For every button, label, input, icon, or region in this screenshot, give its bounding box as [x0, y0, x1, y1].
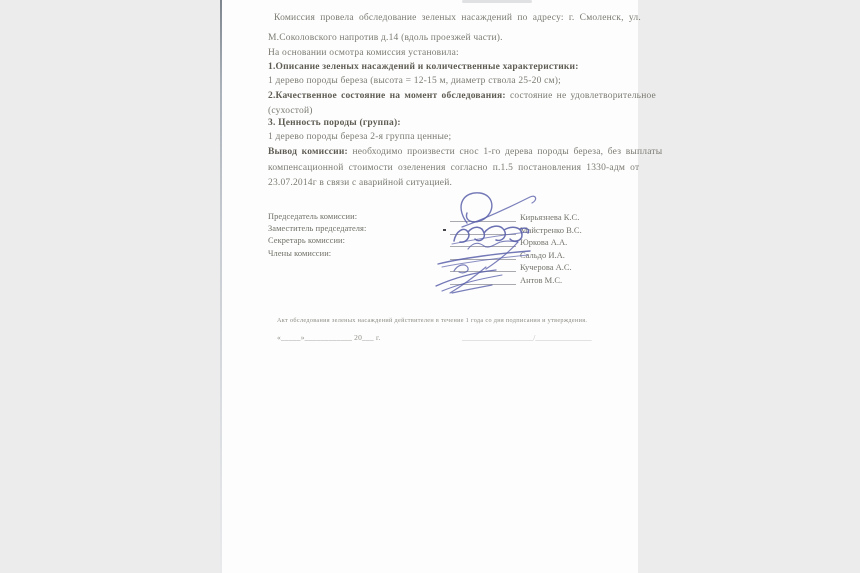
section1-item: 1 дерево породы береза (высота = 12-15 м… [268, 76, 561, 86]
document-paper: Комиссия провела обследование зеленых на… [222, 0, 638, 573]
date-blank-line: «_____»____________ 20___ г. [277, 333, 380, 342]
intro-line-3: На основании осмотра комиссия установила… [268, 48, 459, 58]
scan-smudge [462, 0, 532, 3]
section3-heading: 3. Ценность породы (группа): [268, 118, 401, 128]
section2-heading: 2.Качественное состояние на момент обсле… [268, 91, 506, 101]
section1-heading: 1.Описание зеленых насаждений и количест… [268, 62, 579, 72]
role-deputy: Заместитель председателя: [268, 223, 366, 235]
signature-blank-line: ___________________/_______________ [462, 333, 592, 342]
conclusion-label: Вывод комиссии: [268, 147, 348, 157]
conclusion-rest: необходимо произвести снос 1-го дерева п… [352, 147, 662, 157]
role-secretary: Секретарь комиссии: [268, 235, 366, 247]
section3-item: 1 дерево породы береза 2-я группа ценные… [268, 132, 451, 142]
conclusion-line-1: Вывод комиссии: необходимо произвести сн… [268, 147, 662, 157]
intro-line-1: Комиссия провела обследование зеленых на… [274, 13, 641, 23]
role-chairman: Председатель комиссии: [268, 211, 366, 223]
paper-left-edge-shadow [220, 0, 222, 573]
signature-roles: Председатель комиссии: Заместитель предс… [268, 211, 366, 260]
validity-note: Акт обследования зеленых насаждений дейс… [277, 317, 587, 324]
section2-rest: состояние не удовлетворительное [510, 91, 656, 101]
conclusion-line-2: компенсационной стоимости озеленения сог… [268, 163, 639, 173]
scanned-page-background: Комиссия провела обследование зеленых на… [0, 0, 860, 573]
role-members: Члены комиссии: [268, 248, 366, 260]
section2-line2: (сухостой) [268, 106, 313, 116]
intro-line-2: М.Соколовского напротив д.14 (вдоль прое… [268, 33, 503, 43]
section2-line: 2.Качественное состояние на момент обсле… [268, 91, 656, 101]
handwritten-signatures-ink [422, 185, 582, 295]
